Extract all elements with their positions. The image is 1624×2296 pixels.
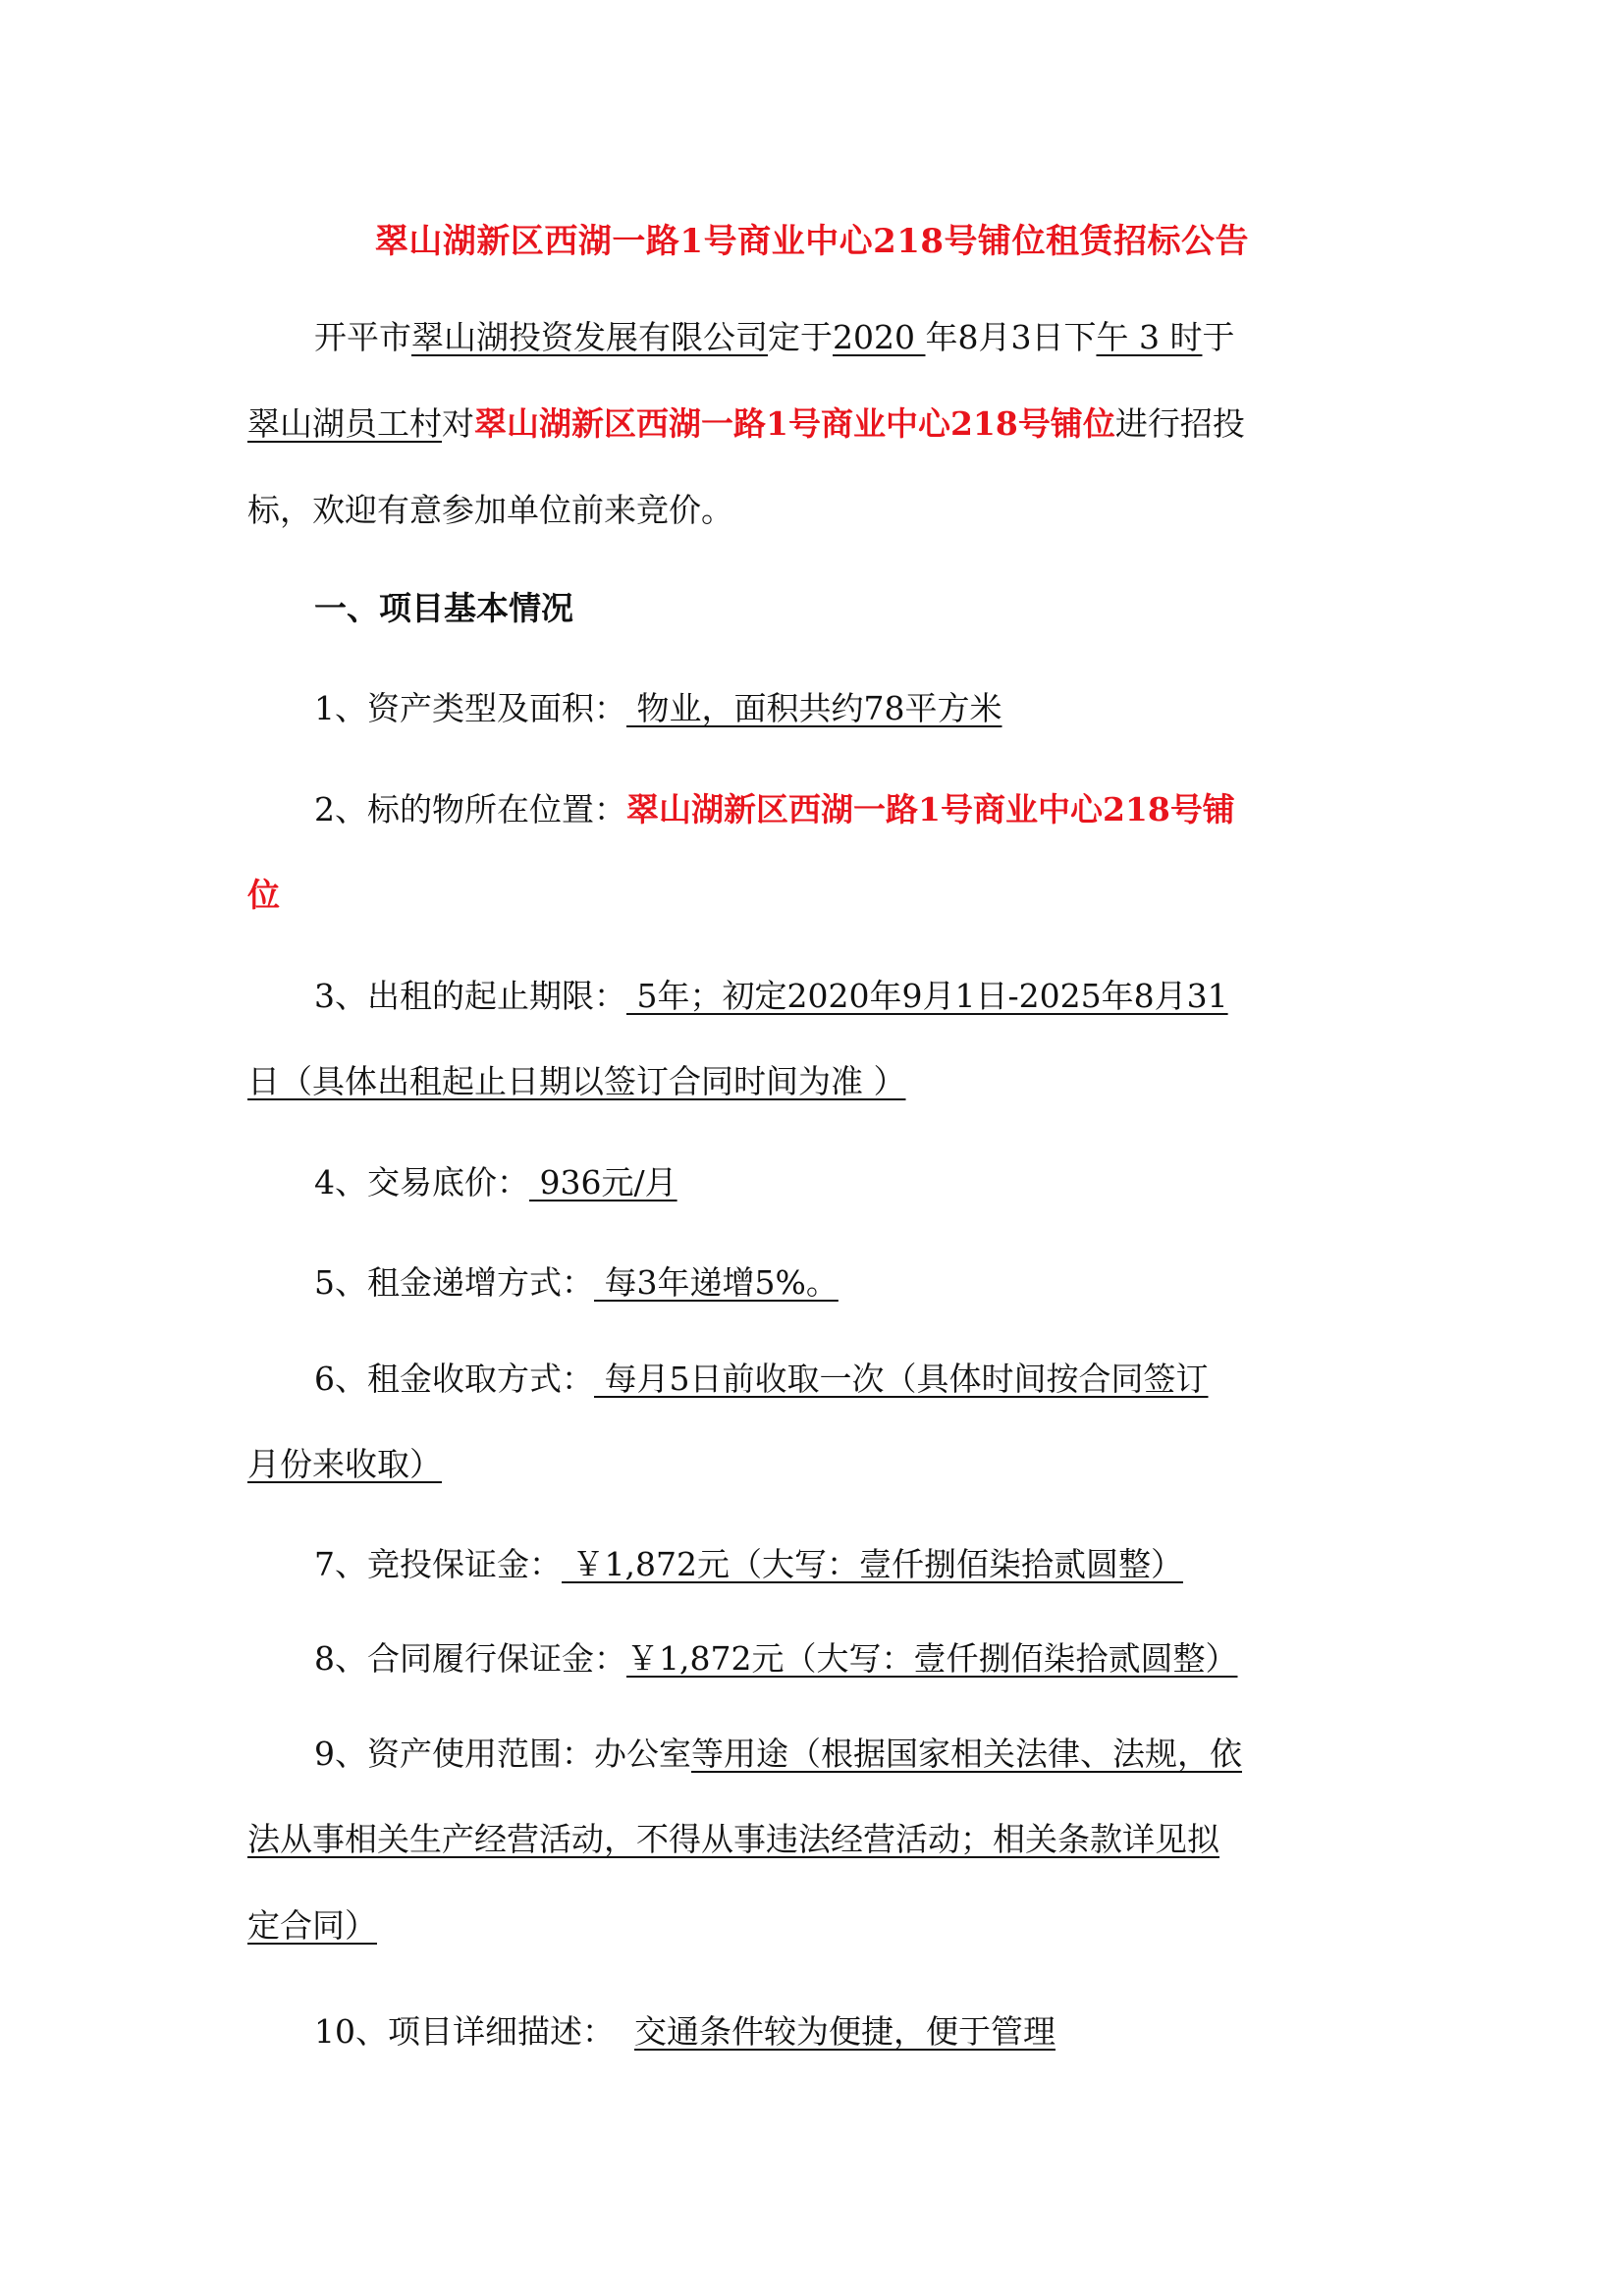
item-value: 每3年递增5%。 xyxy=(594,1263,839,1302)
item-8: 8、合同履行保证金：￥1,872元（大写：壹仟捌佰柒拾贰圆整） xyxy=(314,1637,1237,1681)
item-label: 4、交易底价： xyxy=(314,1163,529,1201)
item-9-cont-2: 定合同） xyxy=(247,1904,377,1948)
item-value: 936元/月 xyxy=(529,1163,677,1201)
intro-time: 午 3 时 xyxy=(1096,318,1202,356)
item-value: ￥1,872元（大写：壹仟捌佰柒拾贰圆整） xyxy=(626,1639,1237,1678)
item-3: 3、出租的起止期限： 5年；初定2020年9月1日-2025年8月31 xyxy=(314,975,1228,1018)
item-label: 5、租金递增方式： xyxy=(314,1263,594,1302)
intro-year: 2020 xyxy=(833,318,925,356)
intro-target: 翠山湖新区西湖一路1号商业中心218号铺位 xyxy=(474,404,1115,443)
item-value: 每月5日前收取一次（具体时间按合同签订 xyxy=(594,1360,1209,1398)
intro-city: 开平市 xyxy=(314,318,411,356)
intro-date: 年8月3日下 xyxy=(925,318,1096,356)
item-label: 8、合同履行保证金： xyxy=(314,1639,626,1678)
item-value: 等用途（根据国家相关法律、法规，依 xyxy=(691,1735,1242,1773)
item-6: 6、租金收取方式： 每月5日前收取一次（具体时间按合同签订 xyxy=(314,1358,1209,1401)
item-2: 2、标的物所在位置：翠山湖新区西湖一路1号商业中心218号铺 xyxy=(314,788,1235,831)
item-value: 交通条件较为便捷，便于管理 xyxy=(634,2012,1056,2051)
intro-text: 进行招投 xyxy=(1115,404,1245,443)
item-label: 7、竞投保证金： xyxy=(314,1545,562,1583)
intro-text: 对 xyxy=(442,404,474,443)
document-page: 翠山湖新区西湖一路1号商业中心218号铺位租赁招标公告 开平市翠山湖投资发展有限… xyxy=(0,0,1624,2296)
item-label: 2、标的物所在位置： xyxy=(314,790,626,828)
item-label: 9、资产使用范围： xyxy=(314,1735,594,1773)
item-6-cont: 月份来收取） xyxy=(247,1443,442,1486)
intro-line-1: 开平市翠山湖投资发展有限公司定于2020 年8月3日下午 3 时于 xyxy=(314,316,1234,359)
item-value-plain: 办公室 xyxy=(594,1735,691,1773)
item-label: 1、资产类型及面积： xyxy=(314,689,626,727)
item-2-cont: 位 xyxy=(247,874,280,917)
item-value: 5年；初定2020年9月1日-2025年8月31 xyxy=(626,977,1228,1015)
item-label: 10、项目详细描述： xyxy=(314,2012,615,2051)
intro-line-2: 翠山湖员工村对翠山湖新区西湖一路1号商业中心218号铺位进行招投 xyxy=(247,402,1245,446)
item-value: 翠山湖新区西湖一路1号商业中心218号铺 xyxy=(626,790,1235,828)
item-4: 4、交易底价： 936元/月 xyxy=(314,1161,677,1204)
item-1: 1、资产类型及面积： 物业，面积共约78平方米 xyxy=(314,687,1001,730)
item-9: 9、资产使用范围：办公室等用途（根据国家相关法律、法规，依 xyxy=(314,1733,1242,1776)
item-7: 7、竞投保证金： ￥1,872元（大写：壹仟捌佰柒拾贰圆整） xyxy=(314,1543,1183,1586)
intro-text: 于 xyxy=(1202,318,1234,356)
item-10: 10、项目详细描述：交通条件较为便捷，便于管理 xyxy=(314,2010,1056,2054)
item-9-cont: 法从事相关生产经营活动，不得从事违法经营活动；相关条款详见拟 xyxy=(247,1818,1219,1861)
item-label: 6、租金收取方式： xyxy=(314,1360,594,1398)
section-heading: 一、项目基本情况 xyxy=(314,587,573,630)
intro-company: 翠山湖投资发展有限公司 xyxy=(411,318,768,356)
intro-text: 定于 xyxy=(768,318,833,356)
item-5: 5、租金递增方式： 每3年递增5%。 xyxy=(314,1261,839,1305)
intro-venue: 翠山湖员工村 xyxy=(247,404,442,443)
item-label: 3、出租的起止期限： xyxy=(314,977,626,1015)
item-value: ￥1,872元（大写：壹仟捌佰柒拾贰圆整） xyxy=(562,1545,1183,1583)
intro-line-3: 标，欢迎有意参加单位前来竞价。 xyxy=(247,489,733,532)
document-title: 翠山湖新区西湖一路1号商业中心218号铺位租赁招标公告 xyxy=(0,214,1624,262)
item-3-cont: 日（具体出租起止日期以签订合同时间为准 ） xyxy=(247,1060,906,1103)
item-value: 物业，面积共约78平方米 xyxy=(626,689,1001,727)
